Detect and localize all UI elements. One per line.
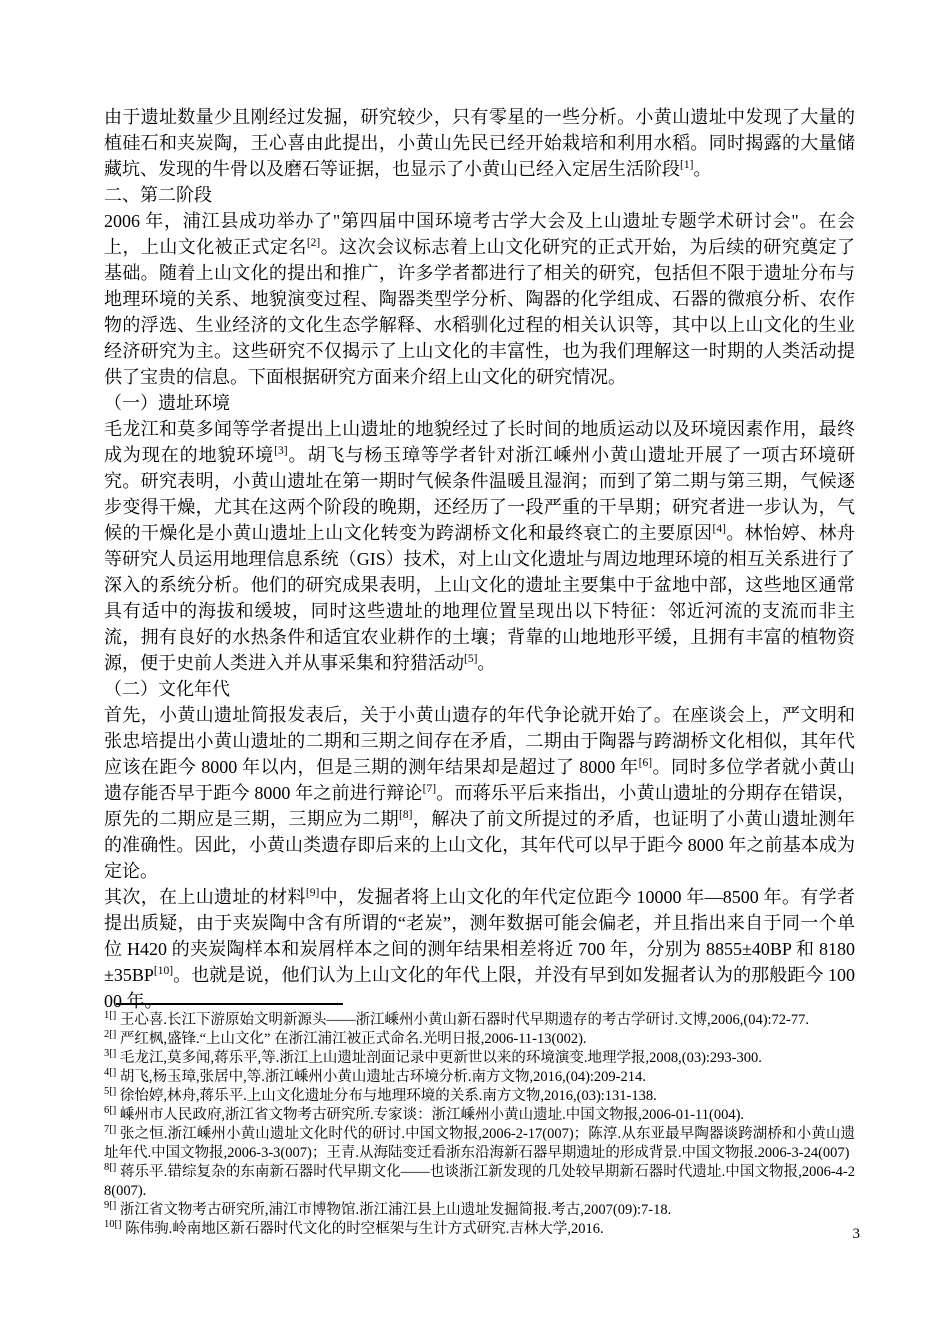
- footnote: 10[] 陈伟驹.岭南地区新石器时代文化的时空框架与生计方式研究.吉林大学,20…: [104, 1220, 855, 1239]
- footnote-marker: 2[]: [104, 1029, 116, 1040]
- body-paragraph: 由于遗址数量少且刚经过发掘，研究较少，只有零星的一些分析。小黄山遗址中发现了大量…: [104, 104, 855, 182]
- footnote: 5[] 徐怡婷,林舟,蒋乐平.上山文化遗址分布与地理环境的关系.南方文物,201…: [104, 1087, 855, 1106]
- footnote: 1[] 王心喜.长江下游原始文明新源头——浙江嵊州小黄山新石器时代早期遗存的考古…: [104, 1011, 855, 1030]
- body-paragraph: 2006 年，浦江县成功举办了"第四届中国环境考古学大会及上山遗址专题学术研讨会…: [104, 208, 855, 390]
- footnote-ref: [3]: [274, 445, 287, 457]
- footnote-marker: 4[]: [104, 1067, 116, 1078]
- footnote-ref: [7]: [423, 783, 436, 795]
- section-heading: （一）遗址环境: [104, 390, 855, 416]
- footnote-marker: 1[]: [104, 1010, 116, 1021]
- section-heading: 二、第二阶段: [104, 182, 855, 208]
- footnote-ref: [5]: [464, 653, 477, 665]
- footnote-marker: 8[]: [104, 1162, 116, 1173]
- footnote-ref: [8]: [399, 809, 412, 821]
- footnote-separator: [116, 1003, 343, 1005]
- footnote: 6[] 嵊州市人民政府,浙江省文物考古研究所.专家谈：浙江嵊州小黄山遗址.中国文…: [104, 1106, 855, 1125]
- body-paragraph: 其次，在上山遗址的材料[9]中，发掘者将上山文化的年代定位距今 10000 年—…: [104, 884, 855, 1014]
- footnote: 4[] 胡飞,杨玉璋,张居中,等.浙江嵊州小黄山遗址古环境分析.南方文物,201…: [104, 1068, 855, 1087]
- footnote: 2[] 严红枫,盛锋.“上山文化” 在浙江浦江被正式命名.光明日报,2006-1…: [104, 1030, 855, 1049]
- footnotes-list: 1[] 王心喜.长江下游原始文明新源头——浙江嵊州小黄山新石器时代早期遗存的考古…: [104, 1011, 855, 1239]
- footnote-area: 1[] 王心喜.长江下游原始文明新源头——浙江嵊州小黄山新石器时代早期遗存的考古…: [104, 1003, 855, 1239]
- page-number: 3: [820, 1224, 860, 1244]
- footnote-marker: 7[]: [104, 1124, 116, 1135]
- footnote-marker: 10[]: [104, 1219, 122, 1230]
- footnote-ref: [10]: [154, 965, 173, 977]
- footnote: 3[] 毛龙江,莫多闻,蒋乐平,等.浙江上山遗址剖面记录中更新世以来的环境演变.…: [104, 1049, 855, 1068]
- footnote-ref: [6]: [639, 757, 652, 769]
- footnote-ref: [1]: [680, 159, 693, 171]
- footnote-ref: [2]: [307, 237, 320, 249]
- body-paragraph: 毛龙江和莫多闻等学者提出上山遗址的地貌经过了长时间的地质运动以及环境因素作用，最…: [104, 416, 855, 676]
- footnote-marker: 9[]: [104, 1200, 116, 1211]
- footnote: 7[] 张之恒.浙江嵊州小黄山遗址文化时代的研讨.中国文物报,2006-2-17…: [104, 1125, 855, 1163]
- body-paragraph: 首先，小黄山遗址简报发表后，关于小黄山遗存的年代争论就开始了。在座谈会上，严文明…: [104, 702, 855, 884]
- footnote-marker: 3[]: [104, 1048, 116, 1059]
- document-body: 由于遗址数量少且刚经过发掘，研究较少，只有零星的一些分析。小黄山遗址中发现了大量…: [104, 104, 855, 1014]
- footnote-marker: 5[]: [104, 1086, 116, 1097]
- footnote: 9[] 浙江省文物考古研究所,浦江市博物馆.浙江浦江县上山遗址发掘简报.考古,2…: [104, 1201, 855, 1220]
- section-heading: （二）文化年代: [104, 676, 855, 702]
- footnote-marker: 6[]: [104, 1105, 116, 1116]
- document-page: 由于遗址数量少且刚经过发掘，研究较少，只有零星的一些分析。小黄山遗址中发现了大量…: [0, 0, 950, 1344]
- footnote-ref: [4]: [713, 523, 726, 535]
- footnote-ref: [9]: [306, 887, 319, 899]
- footnote: 8[] 蒋乐平.错综复杂的东南新石器时代早期文化——也谈浙江新发现的几处较早期新…: [104, 1163, 855, 1201]
